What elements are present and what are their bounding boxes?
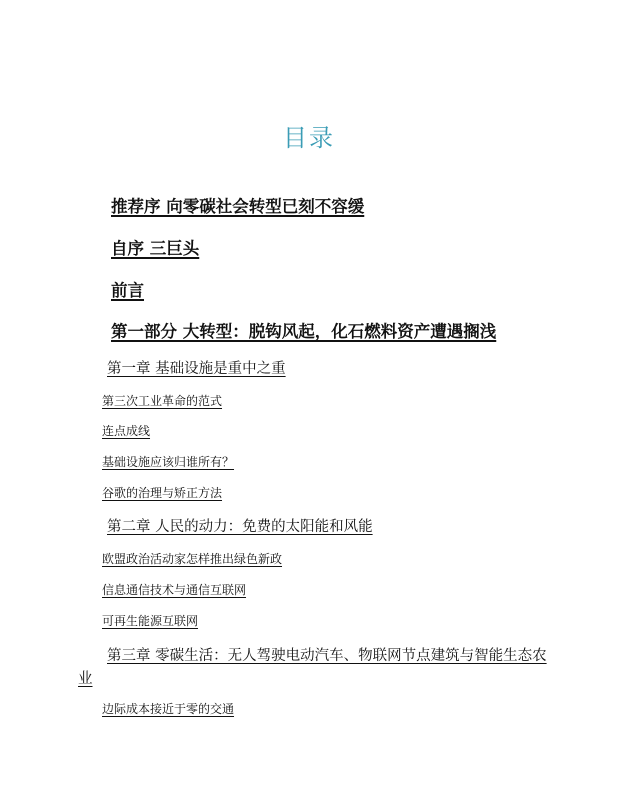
toc-entry-author-preface[interactable]: 自序 三巨头 bbox=[111, 238, 199, 260]
toc-entry-chapter-1[interactable]: 第一章 基础设施是重中之重 bbox=[107, 359, 286, 379]
toc-entry-part-one[interactable]: 第一部分 大转型：脱钩风起，化石燃料资产遭遇搁浅 bbox=[111, 321, 496, 343]
toc-entry-section[interactable]: 欧盟政治活动家怎样推出绿色新政 bbox=[102, 551, 282, 568]
toc-entry-section[interactable]: 第三次工业革命的范式 bbox=[102, 393, 222, 410]
document-page: 目录 推荐序 向零碳社会转型已刻不容缓 自序 三巨头 前言 第一部分 大转型：脱… bbox=[0, 0, 618, 800]
toc-entry-section[interactable]: 谷歌的治理与矫正方法 bbox=[102, 485, 222, 502]
toc-entry-section[interactable]: 基础设施应该归谁所有？ bbox=[102, 454, 234, 471]
toc-entry-chapter-3[interactable]: 第三章 零碳生活：无人驾驶电动汽车、物联网节点建筑与智能生态农业 bbox=[78, 645, 548, 691]
toc-entry-section[interactable]: 信息通信技术与通信互联网 bbox=[102, 582, 246, 599]
toc-title: 目录 bbox=[0, 122, 618, 154]
toc-entry-section[interactable]: 边际成本接近于零的交通 bbox=[102, 701, 234, 718]
toc-entry-section[interactable]: 连点成线 bbox=[102, 423, 150, 440]
toc-entry-chapter-2[interactable]: 第二章 人民的动力：免费的太阳能和风能 bbox=[107, 517, 373, 537]
toc-entry-section[interactable]: 可再生能源互联网 bbox=[102, 613, 198, 630]
toc-entry-foreword[interactable]: 推荐序 向零碳社会转型已刻不容缓 bbox=[111, 196, 364, 218]
toc-entry-introduction[interactable]: 前言 bbox=[111, 280, 144, 302]
